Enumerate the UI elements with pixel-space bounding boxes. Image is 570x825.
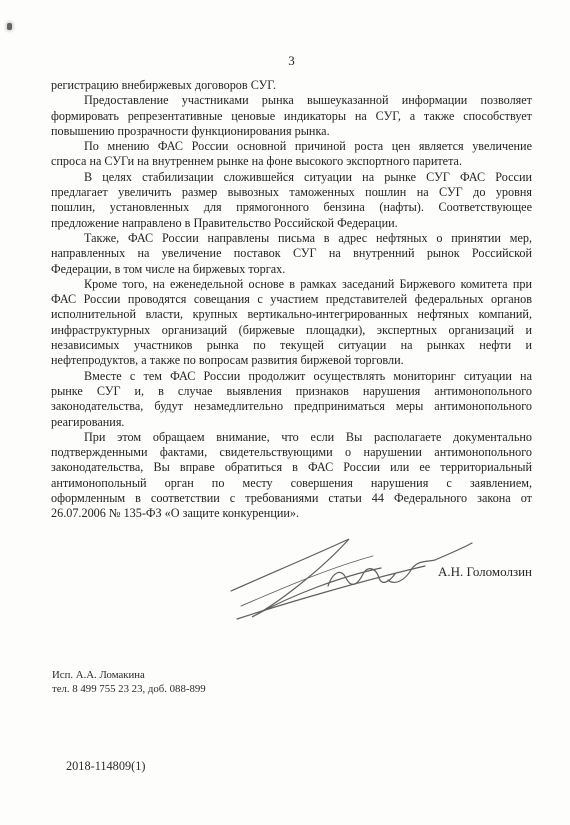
- body-line: законодательства, будут незамедлительно …: [51, 399, 532, 414]
- signatory-name: А.Н. Голомолзин: [360, 564, 532, 580]
- body-line: По мнению ФАС России основной причиной р…: [51, 139, 532, 154]
- page-number: 3: [51, 53, 532, 69]
- body-line: законодательства, Вы вправе обратиться в…: [51, 460, 532, 475]
- body-line: Кроме того, на еженедельной основе в рам…: [51, 277, 532, 292]
- executor-block: Исп. А.А. Ломакина тел. 8 499 755 23 23,…: [52, 669, 206, 697]
- letter-body: регистрацию внебиржевых договоров СУГ.Пр…: [51, 78, 532, 522]
- body-line: ФАС России проводятся совещания с участи…: [51, 292, 532, 307]
- body-line: исполнительной власти, крупных вертикаль…: [51, 307, 532, 322]
- body-line: Вместе с тем ФАС России продолжит осущес…: [51, 369, 532, 384]
- body-line: нефтепродуктов, а также по вопросам разв…: [51, 353, 532, 368]
- body-line: реагирования.: [51, 415, 532, 430]
- body-line: инфраструктурных организаций (биржевые п…: [51, 323, 532, 338]
- document-id: 2018-114809(1): [66, 759, 145, 774]
- scan-artifact-speck: [7, 23, 12, 30]
- executor-phone: тел. 8 499 755 23 23, доб. 088-899: [52, 683, 206, 697]
- body-line: Федерации, в том числе на биржевых торга…: [51, 262, 532, 277]
- executor-name: Исп. А.А. Ломакина: [52, 669, 206, 683]
- body-line: подтвержденными фактами, свидетельствующ…: [51, 445, 532, 460]
- body-line: формировать репрезентативные ценовые инд…: [51, 109, 532, 124]
- body-line: В целях стабилизации сложившейся ситуаци…: [51, 170, 532, 185]
- body-line: рынке СУГ и, в случае выявления признако…: [51, 384, 532, 399]
- body-line: повышению прозрачности функционирования …: [51, 124, 532, 139]
- body-line: 26.07.2006 № 135-ФЗ «О защите конкуренци…: [51, 506, 532, 521]
- body-line: регистрацию внебиржевых договоров СУГ.: [51, 78, 532, 93]
- body-line: пошлин, установленных для прямогонного б…: [51, 200, 532, 215]
- body-line: оформленным в соответствии с требованиям…: [51, 491, 532, 506]
- document-page: 3 регистрацию внебиржевых договоров СУГ.…: [0, 0, 570, 825]
- body-line: направленных на увеличение поставок СУГ …: [51, 246, 532, 261]
- body-line: антимонопольный орган по месту совершени…: [51, 476, 532, 491]
- body-line: Предоставление участниками рынка вышеука…: [51, 93, 532, 108]
- body-line: спроса на СУГи на внутреннем рынке на фо…: [51, 154, 532, 169]
- body-line: При этом обращаем внимание, что если Вы …: [51, 430, 532, 445]
- body-line: предлагает увеличить размер вывозных там…: [51, 185, 532, 200]
- body-line: предложение направлено в Правительство Р…: [51, 216, 532, 231]
- body-line: независимых участников рынка по текущей …: [51, 338, 532, 353]
- body-line: Также, ФАС России направлены письма в ад…: [51, 231, 532, 246]
